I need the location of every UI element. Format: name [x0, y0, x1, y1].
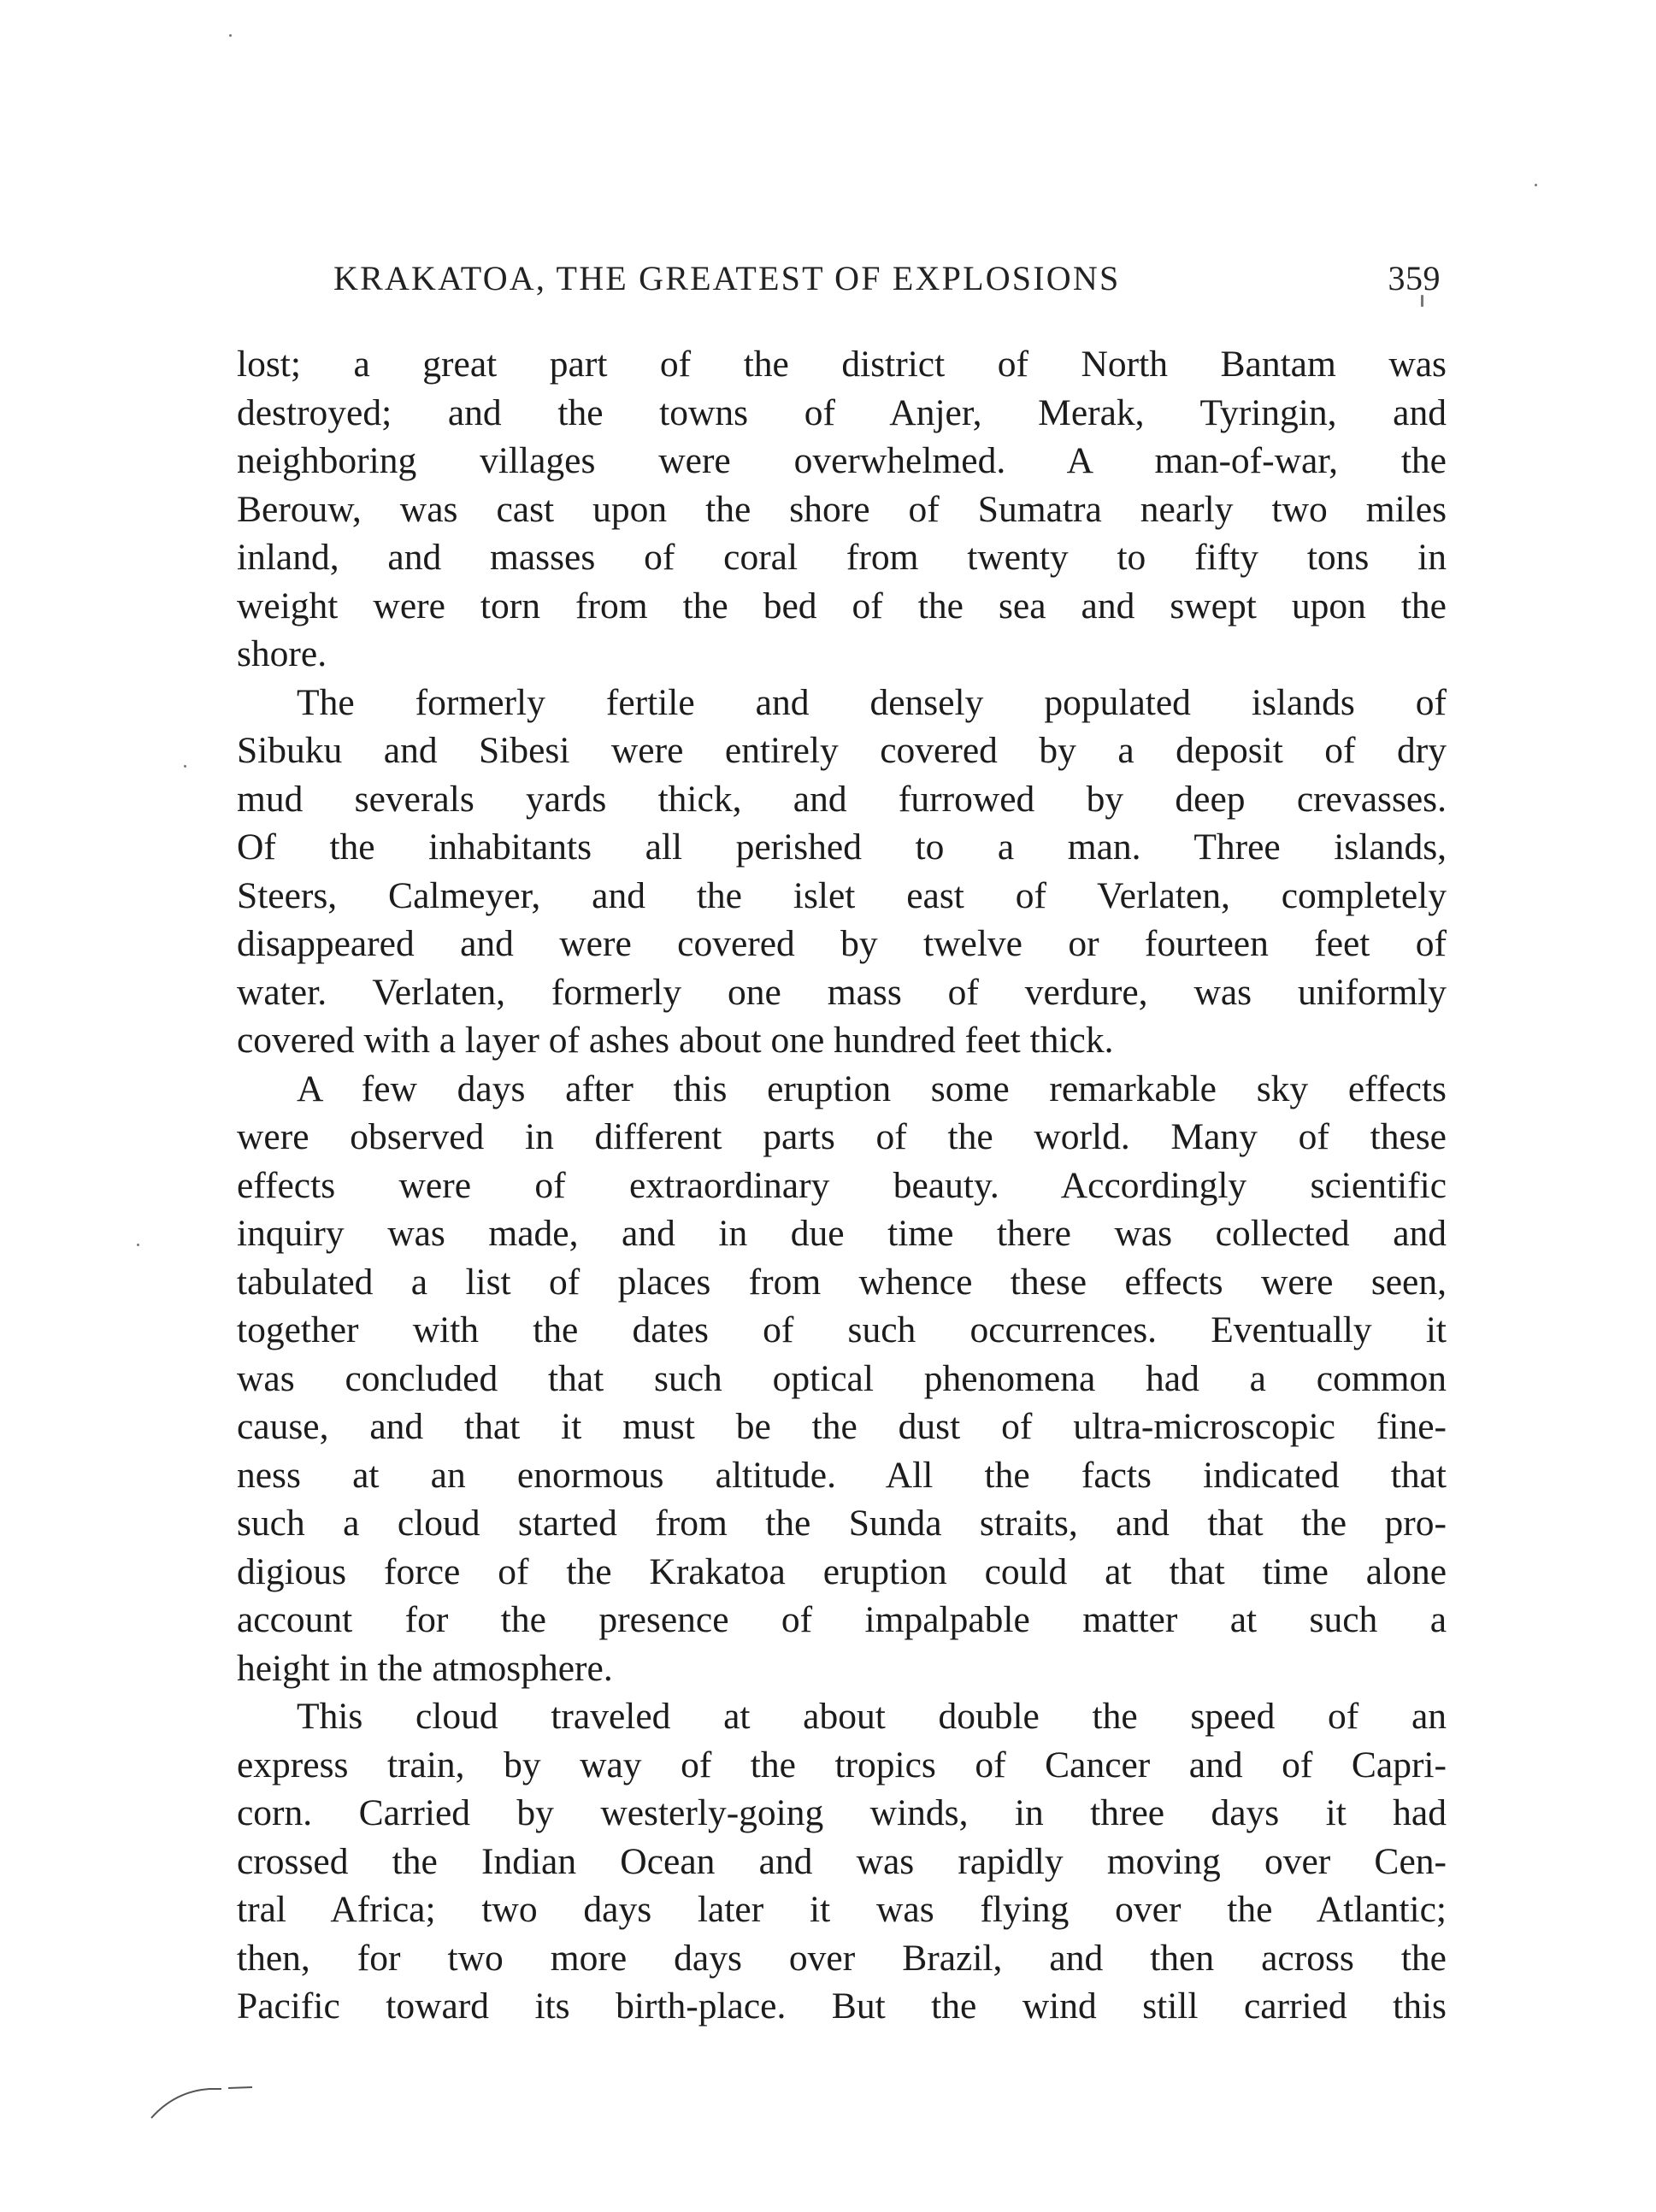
text-line: weight were torn from the bed of the sea… — [237, 582, 1447, 631]
text-line: ness at an enormous altitude. All the fa… — [237, 1451, 1447, 1500]
text-line: covered with a layer of ashes about one … — [237, 1016, 1447, 1065]
text-line: mud severals yards thick, and furrowed b… — [237, 775, 1447, 824]
text-line: tral Africa; two days later it was flyin… — [237, 1885, 1447, 1934]
text-line: A few days after this eruption some rema… — [237, 1065, 1447, 1114]
text-line: Pacific toward its birth-place. But the … — [237, 1982, 1447, 2031]
text-line: crossed the Indian Ocean and was rapidly… — [237, 1838, 1447, 1886]
text-line: Berouw, was cast upon the shore of Sumat… — [237, 485, 1447, 534]
text-line: effects were of extraordinary beauty. Ac… — [237, 1162, 1447, 1210]
text-line: The formerly fertile and densely populat… — [237, 679, 1447, 727]
text-line: Sibuku and Sibesi were entirely covered … — [237, 727, 1447, 775]
text-line: Steers, Calmeyer, and the islet east of … — [237, 872, 1447, 921]
text-line: Of the inhabitants all perished to a man… — [237, 823, 1447, 872]
running-title: KRAKATOA, THE GREATEST OF EXPLOSIONS — [333, 253, 1120, 304]
text-line: corn. Carried by westerly-going winds, i… — [237, 1789, 1447, 1838]
text-line: height in the atmosphere. — [237, 1644, 1447, 1693]
text-line: water. Verlaten, formerly one mass of ve… — [237, 968, 1447, 1017]
text-line: This cloud traveled at about double the … — [237, 1692, 1447, 1741]
paragraph-4: This cloud traveled at about double the … — [237, 1692, 1447, 2031]
text-line: was concluded that such optical phenomen… — [237, 1355, 1447, 1403]
scan-speck — [1535, 184, 1537, 186]
scan-speck — [184, 765, 186, 768]
page-number: 359 — [1388, 253, 1441, 304]
text-line: express train, by way of the tropics of … — [237, 1741, 1447, 1790]
text-line: digious force of the Krakatoa eruption c… — [237, 1548, 1447, 1597]
text-line: lost; a great part of the district of No… — [237, 340, 1447, 389]
text-line: then, for two more days over Brazil, and… — [237, 1934, 1447, 1983]
scan-speck — [1421, 295, 1423, 307]
paragraph-2: The formerly fertile and densely populat… — [237, 679, 1447, 1065]
scan-speck — [137, 1244, 139, 1246]
text-line: destroyed; and the towns of Anjer, Merak… — [237, 389, 1447, 438]
text-line: were observed in different parts of the … — [237, 1113, 1447, 1162]
text-line: neighboring villages were overwhelmed. A… — [237, 437, 1447, 485]
book-page: KRAKATOA, THE GREATEST OF EXPLOSIONS 359… — [0, 0, 1656, 2212]
paragraph-1: lost; a great part of the district of No… — [237, 340, 1447, 679]
text-line: cause, and that it must be the dust of u… — [237, 1403, 1447, 1451]
running-head: KRAKATOA, THE GREATEST OF EXPLOSIONS 359 — [333, 253, 1441, 304]
text-line: tabulated a list of places from whence t… — [237, 1258, 1447, 1307]
text-line: inland, and masses of coral from twenty … — [237, 533, 1447, 582]
paragraph-3: A few days after this eruption some rema… — [237, 1065, 1447, 1693]
text-line: shore. — [237, 630, 1447, 679]
scan-speck — [229, 34, 232, 37]
text-line: such a cloud started from the Sunda stra… — [237, 1499, 1447, 1548]
text-line: together with the dates of such occurren… — [237, 1306, 1447, 1355]
text-line: disappeared and were covered by twelve o… — [237, 920, 1447, 968]
text-line: account for the presence of impalpable m… — [237, 1596, 1447, 1644]
pen-stroke-mark — [150, 2068, 269, 2120]
text-line: inquiry was made, and in due time there … — [237, 1209, 1447, 1258]
body-text: lost; a great part of the district of No… — [237, 340, 1447, 2031]
